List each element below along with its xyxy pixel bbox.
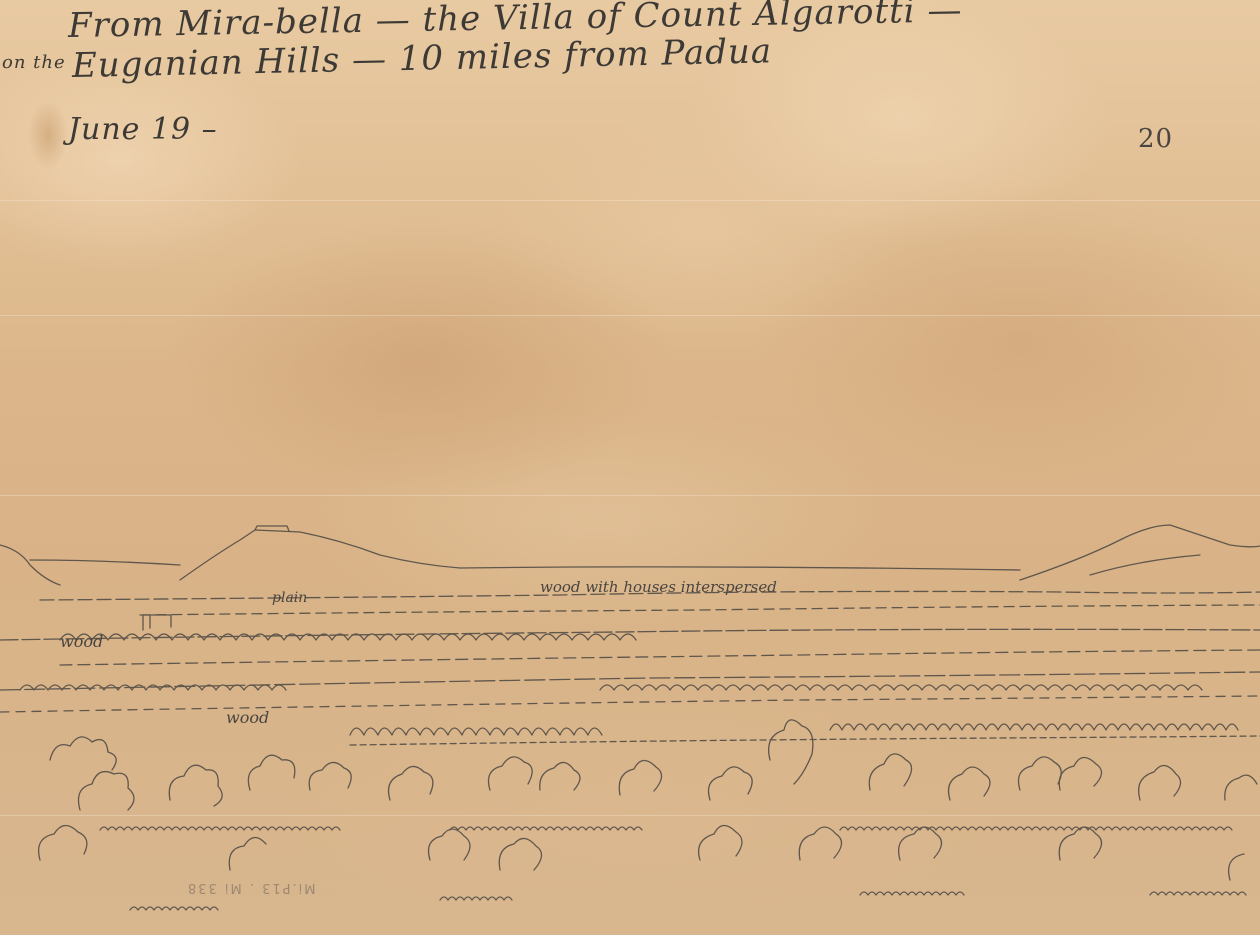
annotation-wood-middle: wood xyxy=(226,708,269,727)
annotation-wood-left: wood xyxy=(60,632,103,651)
annotation-plain: plain xyxy=(272,590,307,606)
sketch-sheet: From Mira-bella — the Villa of Count Alg… xyxy=(0,0,1260,935)
left-hill-outline xyxy=(180,530,460,580)
collection-mark: Mi.P13 . Mi 338 xyxy=(186,880,316,895)
annotation-wood-with-houses: wood with houses interspersed xyxy=(540,578,777,596)
landscape-drawing xyxy=(0,0,1260,935)
right-hill-outline xyxy=(1020,525,1260,580)
foreground-trees xyxy=(39,720,1257,880)
